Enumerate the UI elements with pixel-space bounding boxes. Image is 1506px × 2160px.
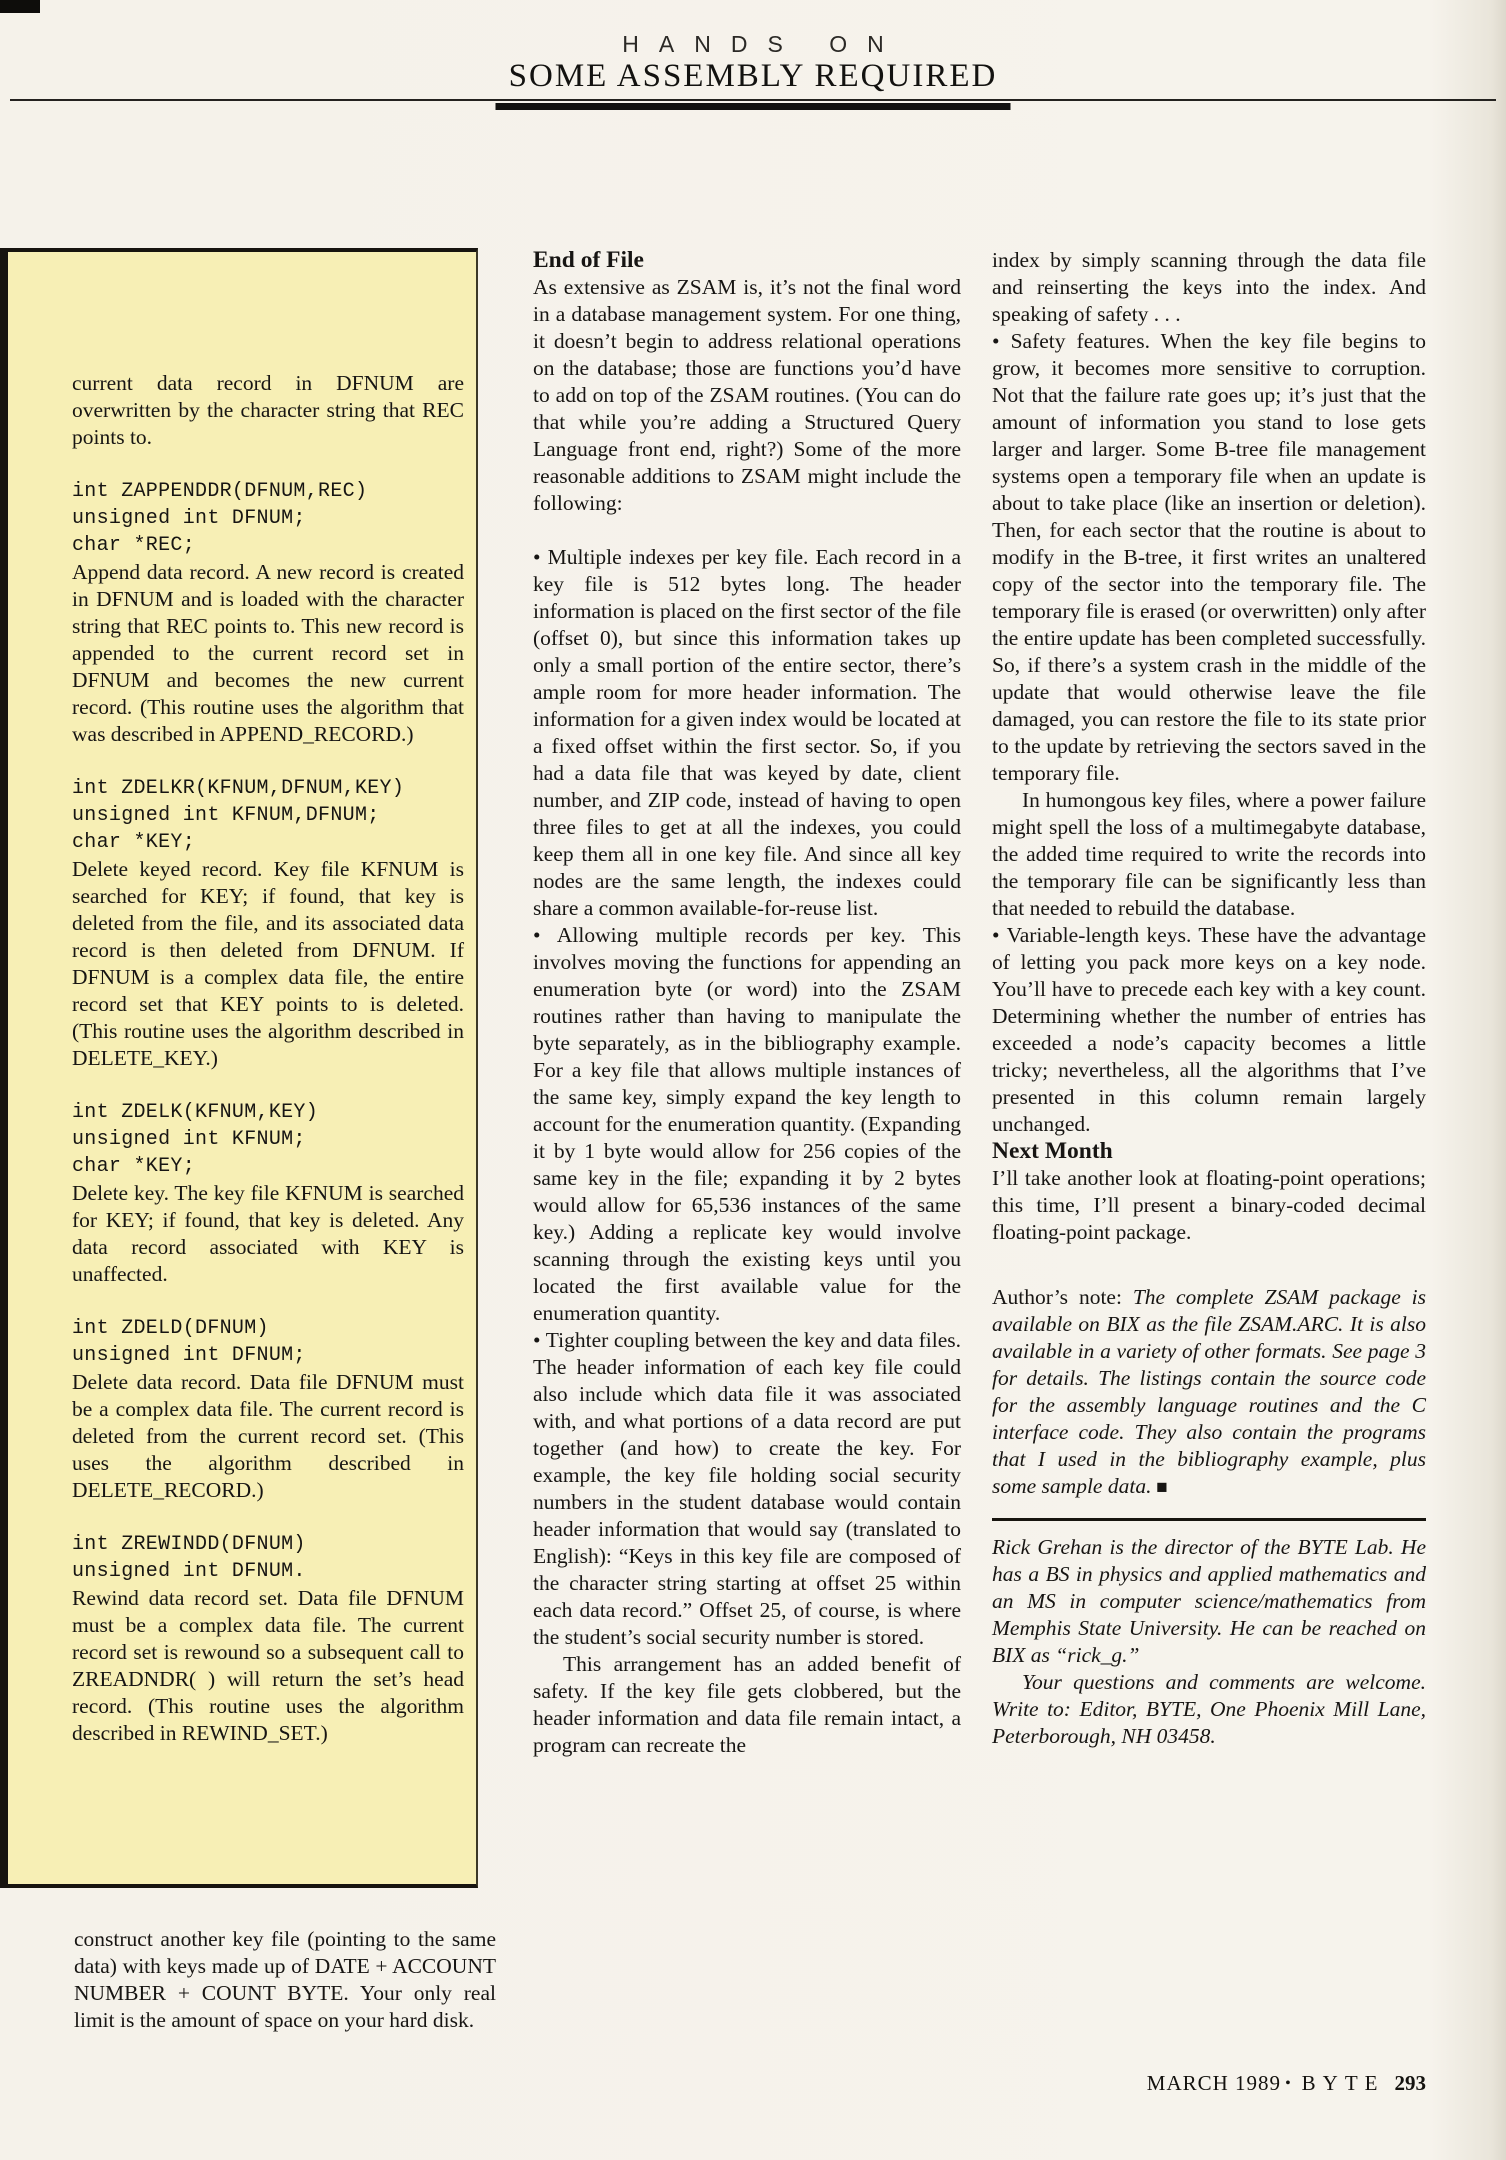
- footer-issue: MARCH 1989: [1147, 2071, 1281, 2095]
- code-description: Delete data record. Data file DFNUM must…: [72, 1369, 464, 1504]
- author-bio: Rick Grehan is the director of the BYTE …: [992, 1534, 1426, 1669]
- authors-note: Author’s note: The complete ZSAM package…: [992, 1284, 1426, 1501]
- magazine-page: { "header": { "kicker": "HANDS ON", "tit…: [0, 0, 1506, 2160]
- paragraph: index by simply scanning through the dat…: [992, 247, 1426, 328]
- code-line: int ZDELKR(KFNUM,DFNUM,KEY): [72, 775, 464, 802]
- section-kicker: HANDS ON: [0, 31, 1506, 58]
- code-block: int ZDELKR(KFNUM,DFNUM,KEY)unsigned int …: [72, 775, 464, 856]
- code-block: int ZAPPENDDR(DFNUM,REC)unsigned int DFN…: [72, 478, 464, 559]
- bullet-tighter-coupling: • Tighter coupling between the key and d…: [533, 1327, 961, 1651]
- sidebar-entries: int ZAPPENDDR(DFNUM,REC)unsigned int DFN…: [72, 478, 464, 1747]
- sidebar-entry: int ZDELD(DFNUM)unsigned int DFNUM;Delet…: [72, 1315, 464, 1504]
- code-line: int ZDELD(DFNUM): [72, 1315, 464, 1342]
- header-rule: [10, 99, 1496, 101]
- end-of-article-mark: ■: [1151, 1477, 1167, 1498]
- code-line: unsigned int KFNUM,DFNUM;: [72, 802, 464, 829]
- paragraph: I’ll take another look at floating-point…: [992, 1165, 1426, 1246]
- code-line: unsigned int KFNUM;: [72, 1126, 464, 1153]
- page-footer: MARCH 1989•BYTE293: [992, 2071, 1426, 2096]
- code-line: int ZDELK(KFNUM,KEY): [72, 1099, 464, 1126]
- bullet-multiple-indexes: • Multiple indexes per key file. Each re…: [533, 544, 961, 922]
- footer-dot: •: [1285, 2075, 1292, 2092]
- bio-divider: [992, 1518, 1426, 1521]
- code-line: char *KEY;: [72, 1153, 464, 1180]
- left-column-paragraph: construct another key file (pointing to …: [74, 1926, 496, 2034]
- sidebar-entry: int ZREWINDD(DFNUM)unsigned int DFNUM.Re…: [72, 1531, 464, 1747]
- code-line: unsigned int DFNUM.: [72, 1558, 464, 1585]
- bullet-multiple-records: • Allowing multiple records per key. Thi…: [533, 922, 961, 1327]
- code-description: Rewind data record set. Data file DFNUM …: [72, 1585, 464, 1747]
- code-line: unsigned int DFNUM;: [72, 1342, 464, 1369]
- code-description: Delete keyed record. Key file KFNUM is s…: [72, 856, 464, 1072]
- code-block: int ZDELK(KFNUM,KEY)unsigned int KFNUM;c…: [72, 1099, 464, 1180]
- code-block: int ZREWINDD(DFNUM)unsigned int DFNUM.: [72, 1531, 464, 1585]
- code-line: int ZAPPENDDR(DFNUM,REC): [72, 478, 464, 505]
- footer-magazine: BYTE: [1302, 2071, 1385, 2095]
- sidebar-intro-paragraph: current data record in DFNUM are overwri…: [72, 370, 464, 451]
- code-line: unsigned int DFNUM;: [72, 505, 464, 532]
- note-lead: Author’s note:: [992, 1285, 1133, 1309]
- paragraph: In humongous key files, where a power fa…: [992, 787, 1426, 922]
- sidebar-entry: int ZDELKR(KFNUM,DFNUM,KEY)unsigned int …: [72, 775, 464, 1072]
- article-title: SOME ASSEMBLY REQUIRED: [0, 58, 1506, 95]
- code-description: Append data record. A new record is crea…: [72, 559, 464, 748]
- code-line: char *KEY;: [72, 829, 464, 856]
- middle-column: End of FileAs extensive as ZSAM is, it’s…: [533, 247, 961, 1759]
- right-column: index by simply scanning through the dat…: [992, 247, 1426, 1750]
- code-block: int ZDELD(DFNUM)unsigned int DFNUM;: [72, 1315, 464, 1369]
- sidebar-entry: int ZAPPENDDR(DFNUM,REC)unsigned int DFN…: [72, 478, 464, 748]
- bullet-variable-length-keys: • Variable-length keys. These have the a…: [992, 922, 1426, 1138]
- header-bar: [496, 103, 1011, 110]
- section-heading-end-of-file: End of File: [533, 247, 961, 274]
- paragraph: This arrangement has an added benefit of…: [533, 1651, 961, 1759]
- code-line: int ZREWINDD(DFNUM): [72, 1531, 464, 1558]
- editor-address: Your questions and comments are welcome.…: [992, 1669, 1426, 1750]
- section-heading-next-month: Next Month: [992, 1138, 1426, 1165]
- bullet-safety-features: • Safety features. When the key file beg…: [992, 328, 1426, 787]
- note-text: The complete ZSAM package is available o…: [992, 1285, 1426, 1498]
- scan-artifact-mark: [0, 0, 40, 13]
- footer-page-number: 293: [1395, 2071, 1427, 2095]
- paragraph: As extensive as ZSAM is, it’s not the fi…: [533, 274, 961, 517]
- code-line: char *REC;: [72, 532, 464, 559]
- code-description: Delete key. The key file KFNUM is search…: [72, 1180, 464, 1288]
- sidebar-entry: int ZDELK(KFNUM,KEY)unsigned int KFNUM;c…: [72, 1099, 464, 1288]
- code-reference-sidebar: current data record in DFNUM are overwri…: [0, 248, 478, 1888]
